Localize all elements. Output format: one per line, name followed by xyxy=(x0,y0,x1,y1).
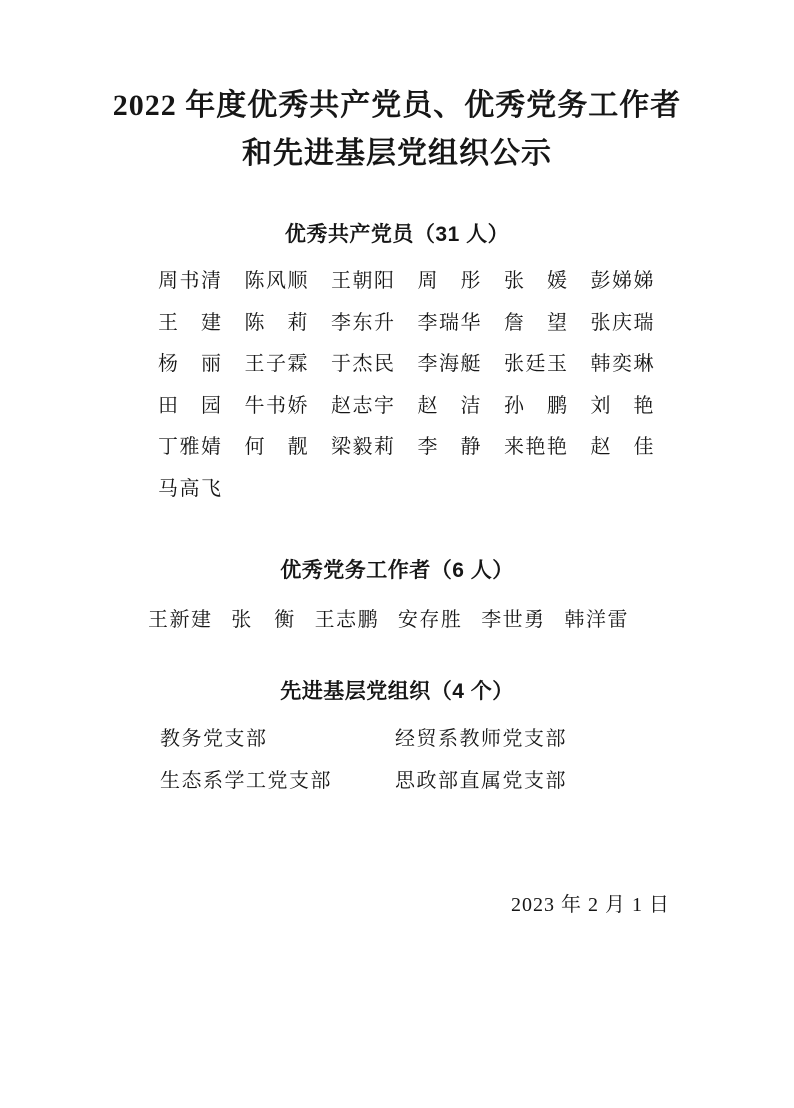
member-name: 彭娣娣 xyxy=(591,264,656,293)
member-name: 来艳艳 xyxy=(504,430,569,459)
member-row: 马高飞 xyxy=(158,466,655,508)
member-name: 王朝阳 xyxy=(331,264,396,293)
member-name: 张 媛 xyxy=(504,264,569,293)
member-name: 周书清 xyxy=(158,264,223,293)
document-page: 2022 年度优秀共产党员、优秀党务工作者 和先进基层党组织公示 优秀共产党员（… xyxy=(0,0,794,1108)
worker-name: 安存胜 xyxy=(398,603,463,632)
member-name: 赵 洁 xyxy=(418,389,483,418)
member-name: 于杰民 xyxy=(331,347,396,376)
section-heading-workers: 优秀党务工作者（6 人） xyxy=(0,558,794,584)
worker-name: 王志鹏 xyxy=(315,603,380,632)
member-name: 陈 莉 xyxy=(245,306,310,335)
workers-list: 王新建 张 衡 王志鹏 安存胜 李世勇 韩洋雷 xyxy=(148,596,629,638)
title-line-2: 和先进基层党组织公示 xyxy=(0,130,794,178)
worker-name: 韩洋雷 xyxy=(564,603,629,632)
member-name: 孙 鹏 xyxy=(504,389,569,418)
worker-row: 王新建 张 衡 王志鹏 安存胜 李世勇 韩洋雷 xyxy=(148,596,629,638)
org-name: 教务党支部 xyxy=(160,722,395,751)
member-name: 赵 佳 xyxy=(591,430,656,459)
member-name: 张廷玉 xyxy=(504,347,569,376)
member-row: 周书清 陈风顺 王朝阳 周 彤 张 媛 彭娣娣 xyxy=(158,258,655,300)
org-row: 生态系学工党支部 思政部直属党支部 xyxy=(160,757,567,799)
worker-name: 王新建 xyxy=(148,603,213,632)
member-name: 李海艇 xyxy=(418,347,483,376)
members-list: 周书清 陈风顺 王朝阳 周 彤 张 媛 彭娣娣 王 建 陈 莉 李东升 李瑞华 … xyxy=(158,258,655,507)
member-row: 丁雅婧 何 靓 梁毅莉 李 静 来艳艳 赵 佳 xyxy=(158,424,655,466)
member-name: 刘 艳 xyxy=(591,389,656,418)
member-name: 杨 丽 xyxy=(158,347,223,376)
member-name: 梁毅莉 xyxy=(331,430,396,459)
member-name: 李东升 xyxy=(331,306,396,335)
page-title: 2022 年度优秀共产党员、优秀党务工作者 和先进基层党组织公示 xyxy=(0,82,794,178)
section-heading-members: 优秀共产党员（31 人） xyxy=(0,222,794,248)
member-name: 王子霖 xyxy=(245,347,310,376)
member-row: 田 园 牛书娇 赵志宇 赵 洁 孙 鹏 刘 艳 xyxy=(158,383,655,425)
member-name: 张庆瑞 xyxy=(591,306,656,335)
member-name: 李瑞华 xyxy=(418,306,483,335)
worker-name: 李世勇 xyxy=(481,603,546,632)
org-row: 教务党支部 经贸系教师党支部 xyxy=(160,715,567,757)
member-name: 陈风顺 xyxy=(245,264,310,293)
member-row: 杨 丽 王子霖 于杰民 李海艇 张廷玉 韩奕琳 xyxy=(158,341,655,383)
org-name: 思政部直属党支部 xyxy=(395,764,567,793)
member-name: 田 园 xyxy=(158,389,223,418)
document-date: 2023 年 2 月 1 日 xyxy=(511,892,670,918)
member-name: 何 靓 xyxy=(245,430,310,459)
member-name: 韩奕琳 xyxy=(591,347,656,376)
member-name: 周 彤 xyxy=(418,264,483,293)
member-name: 马高飞 xyxy=(158,472,223,501)
org-name: 经贸系教师党支部 xyxy=(395,722,567,751)
worker-name: 张 衡 xyxy=(231,603,296,632)
member-name: 赵志宇 xyxy=(331,389,396,418)
section-heading-orgs: 先进基层党组织（4 个） xyxy=(0,679,794,705)
orgs-list: 教务党支部 经贸系教师党支部 生态系学工党支部 思政部直属党支部 xyxy=(160,715,567,799)
member-name: 牛书娇 xyxy=(245,389,310,418)
member-row: 王 建 陈 莉 李东升 李瑞华 詹 望 张庆瑞 xyxy=(158,300,655,342)
member-name: 王 建 xyxy=(158,306,223,335)
member-name: 詹 望 xyxy=(504,306,569,335)
member-name: 李 静 xyxy=(418,430,483,459)
org-name: 生态系学工党支部 xyxy=(160,764,395,793)
title-line-1: 2022 年度优秀共产党员、优秀党务工作者 xyxy=(0,82,794,130)
member-name: 丁雅婧 xyxy=(158,430,223,459)
